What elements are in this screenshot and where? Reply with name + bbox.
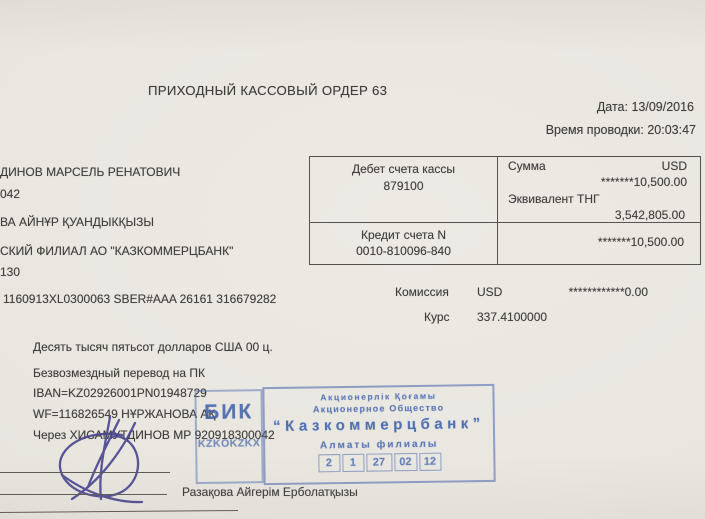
table-column-divider <box>497 157 498 264</box>
payer-name-line: ДИНОВ МАРСЕЛЬ РЕНАТОВИЧ <box>0 166 180 179</box>
cash-order-document: ПРИХОДНЫЙ КАССОВЫЙ ОРДЕР 63 Дата: 13/09/… <box>0 0 705 519</box>
document-title: ПРИХОДНЫЙ КАССОВЫЙ ОРДЕР 63 <box>148 84 387 98</box>
stamp-branch: Алматы филиалы <box>265 438 493 452</box>
cashier-name: Разақова Айгерім Ерболатқызы <box>182 486 358 499</box>
credit-account: 0010-810096-840 <box>310 244 497 258</box>
payer-code-line: 042 <box>0 188 20 201</box>
credit-amount: *******10,500.00 <box>598 235 684 249</box>
bik-stamp-box: БИК KZKOKZKX <box>194 389 263 484</box>
amounts-table: Дебет счета кассы 879100 Сумма USD *****… <box>309 156 701 265</box>
stamp-org-kz: Акционерлік Қоғамы <box>264 390 492 403</box>
stamp-org-ru: Акционерное Общество <box>265 402 493 415</box>
bik-label: БИК <box>197 400 261 425</box>
commission-currency: USD <box>477 286 502 299</box>
code-line: 130 <box>0 266 20 279</box>
table-row-divider <box>310 222 700 223</box>
purpose-line-1: Безвозмездный перевод на ПК <box>33 367 205 380</box>
date-line: Дата: 13/09/2016 <box>597 100 694 114</box>
stamp-code-box-3: 27 <box>366 453 392 471</box>
signature-scribble <box>38 403 163 515</box>
commission-label: Комиссия <box>395 286 449 299</box>
bank-branch-line: СКИЙ ФИЛИАЛ АО "КАЗКОММЕРЦБАНК" <box>0 245 233 258</box>
debit-label: Дебет счета кассы <box>310 162 497 176</box>
stamp-code-boxes: 21270212 <box>265 452 493 473</box>
bank-stamp: БИК KZKOKZKX Акционерлік Қоғамы Акционер… <box>192 381 495 484</box>
stamp-code-box-2: 1 <box>342 454 364 472</box>
commission-value: ************0.00 <box>500 286 648 299</box>
signature-line-2 <box>0 494 167 495</box>
sum-currency: USD <box>662 159 687 173</box>
purpose-line-iban: IBAN=KZ02926001PN01948729 <box>33 387 207 400</box>
equivalent-amount: 3,542,805.00 <box>615 208 685 222</box>
debit-account: 879100 <box>310 179 497 193</box>
transaction-time-line: Время проводки: 20:03:47 <box>546 123 696 137</box>
sum-amount: *******10,500.00 <box>601 175 687 189</box>
stamp-code-box-5: 12 <box>419 453 441 471</box>
signature-line-1 <box>0 472 170 473</box>
amount-in-words: Десять тысяч пятьсот долларов США 00 ц. <box>33 341 273 354</box>
receiver-name-line: ВА АЙНҰР ҚУАНДЫКҚЫЗЫ <box>0 216 154 229</box>
credit-label: Кредит счета N <box>310 228 497 242</box>
stamp-code-box-4: 02 <box>394 453 417 471</box>
stamp-main-box: Акционерлік Қоғамы Акционерное Общество … <box>262 384 495 485</box>
bik-code: KZKOKZKX <box>197 437 261 450</box>
reference-line: 1160913XL0300063 SBER#AAA 26161 31667928… <box>3 293 276 306</box>
equivalent-label: Эквивалент ТНГ <box>508 192 600 206</box>
rate-value: 337.4100000 <box>477 311 547 324</box>
stamp-bank-name: “Казкоммерцбанк” <box>265 415 493 435</box>
stamp-code-box-1: 2 <box>318 454 340 472</box>
rate-label: Курс <box>424 311 450 324</box>
sum-label: Сумма <box>508 159 546 173</box>
